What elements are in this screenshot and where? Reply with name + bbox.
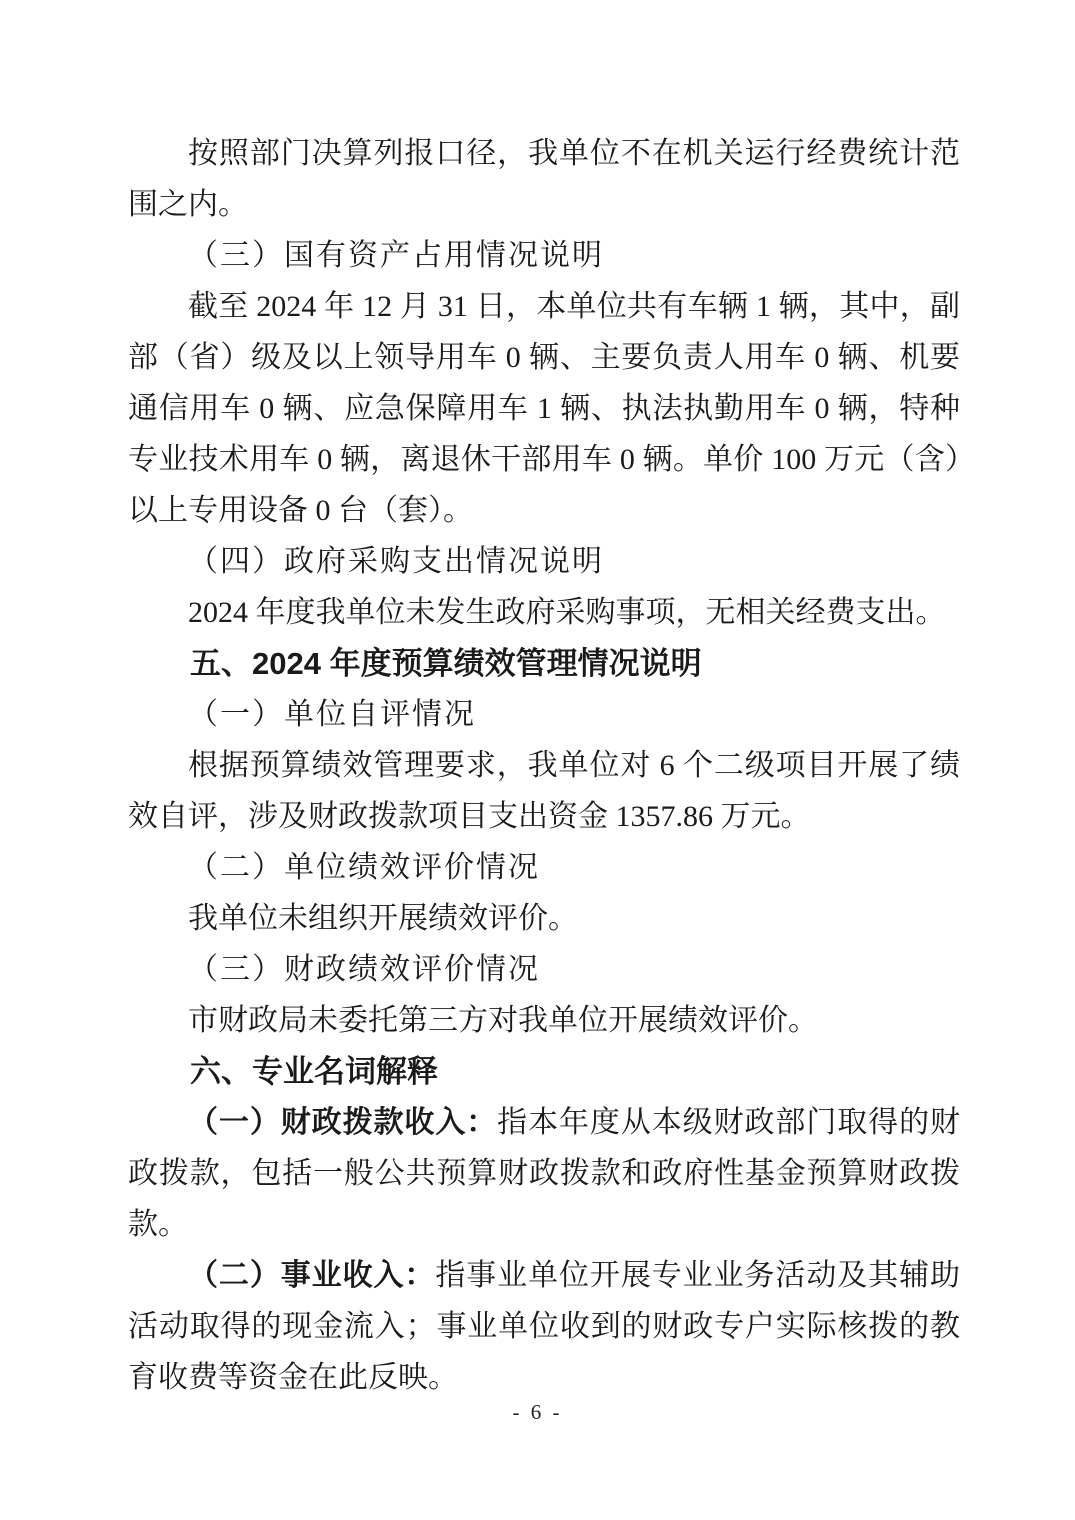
section-heading: （三）国有资产占用情况说明 [128,230,960,281]
paragraph: 我单位未组织开展绩效评价。 [128,893,960,944]
paragraph: （一）财政拨款收入：指本年度从本级财政部门取得的财政拨款，包括一般公共预算财政拨… [128,1097,960,1250]
document-page: 按照部门决算列报口径，我单位不在机关运行经费统计范围之内。（三）国有资产占用情况… [0,0,1075,1520]
paragraph: 按照部门决算列报口径，我单位不在机关运行经费统计范围之内。 [128,128,960,230]
paragraph: 截至 2024 年 12 月 31 日，本单位共有车辆 1 辆，其中，副部（省）… [128,281,960,536]
page-number: - 6 - [0,1400,1075,1425]
chapter-heading: 五、2024 年度预算绩效管理情况说明 [128,638,960,689]
term-lead: （二）事业收入： [188,1259,435,1292]
paragraph: 市财政局未委托第三方对我单位开展绩效评价。 [128,995,960,1046]
section-heading: （三）财政绩效评价情况 [128,944,960,995]
chapter-heading: 六、专业名词解释 [128,1046,960,1097]
document-body: 按照部门决算列报口径，我单位不在机关运行经费统计范围之内。（三）国有资产占用情况… [128,128,960,1403]
term-lead: （一）财政拨款收入： [188,1106,497,1139]
paragraph: 根据预算绩效管理要求，我单位对 6 个二级项目开展了绩效自评，涉及财政拨款项目支… [128,740,960,842]
paragraph: 2024 年度我单位未发生政府采购事项，无相关经费支出。 [128,587,960,638]
section-heading: （二）单位绩效评价情况 [128,842,960,893]
section-heading: （一）单位自评情况 [128,689,960,740]
paragraph: （二）事业收入：指事业单位开展专业业务活动及其辅助活动取得的现金流入；事业单位收… [128,1250,960,1403]
section-heading: （四）政府采购支出情况说明 [128,536,960,587]
